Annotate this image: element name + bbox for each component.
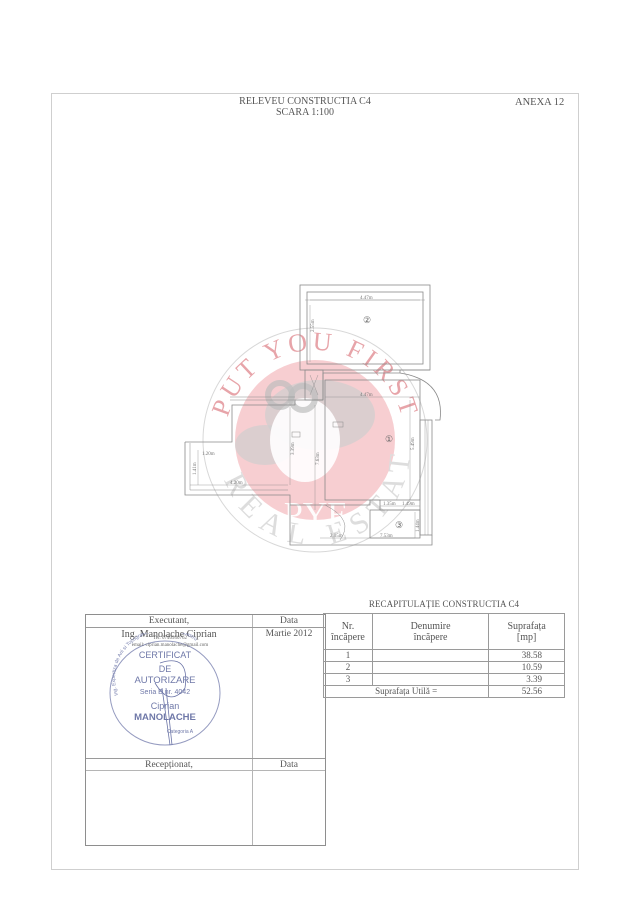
room-1-number: ① — [385, 434, 393, 444]
room-1-outline — [325, 380, 420, 500]
svg-text:2.05m: 2.05m — [330, 534, 343, 539]
floor-plan: 4.47m 2.55m 4.47m 5.49m 7.63m 3.39m 4.20… — [170, 270, 470, 570]
executant-phone: Tel: 0740950762 — [120, 636, 220, 641]
room-1-window — [420, 420, 432, 535]
column-divider — [252, 615, 253, 845]
date-value: Martie 2012 — [252, 629, 326, 639]
table-row: 2 10.59 — [324, 662, 565, 674]
svg-text:2.55m: 2.55m — [311, 319, 316, 332]
annex-label: ANEXA 12 — [515, 97, 564, 108]
dim-room2-width: 4.47m — [360, 296, 373, 301]
table-row: 3 3.39 — [324, 674, 565, 686]
svg-text:1.41m: 1.41m — [193, 462, 198, 475]
title-line-1: RELEVEU CONSTRUCTIA C4 — [230, 96, 380, 107]
svg-text:7.63m: 7.63m — [316, 452, 321, 465]
receptionat-header: Recepționat, — [86, 760, 252, 770]
svg-text:1.44m: 1.44m — [416, 519, 421, 532]
executant-header: Executant, — [86, 616, 252, 626]
svg-text:1.49m: 1.49m — [402, 502, 415, 507]
svg-text:7.53m: 7.53m — [380, 534, 393, 539]
header-nr: Nr.încăpere — [324, 614, 373, 650]
executant-email: email: ciprian.manolache@gmail.com — [105, 643, 235, 648]
document-title: RELEVEU CONSTRUCTIA C4 SCARA 1:100 — [230, 96, 380, 118]
svg-text:3.39m: 3.39m — [291, 442, 296, 455]
recap-title: RECAPITULAȚIE CONSTRUCTIA C4 — [323, 599, 565, 609]
total-label: Suprafața Utilă = — [324, 686, 489, 698]
room-2-number: ② — [363, 315, 371, 325]
total-value: 52.56 — [489, 686, 565, 698]
data-header: Data — [252, 616, 326, 626]
total-row: Suprafața Utilă = 52.56 — [324, 686, 565, 698]
authorization-stamp: Ing. Expertiza de Arii si Topografie, Ge… — [100, 633, 230, 748]
title-line-2: SCARA 1:100 — [230, 107, 380, 118]
svg-text:5.49m: 5.49m — [411, 437, 416, 450]
recap-table: Nr.încăpere Denumireîncăpere Suprafața[m… — [323, 613, 565, 698]
header-suprafata: Suprafața[mp] — [489, 614, 565, 650]
svg-text:1.20m: 1.20m — [202, 452, 215, 457]
room-3-number: ③ — [395, 520, 403, 530]
svg-text:4.20m: 4.20m — [230, 481, 243, 486]
svg-text:4.47m: 4.47m — [360, 393, 373, 398]
data-header-2: Data — [252, 760, 326, 770]
svg-text:1.35m: 1.35m — [383, 502, 396, 507]
table-row: 1 38.58 — [324, 650, 565, 662]
header-denumire: Denumireîncăpere — [372, 614, 488, 650]
